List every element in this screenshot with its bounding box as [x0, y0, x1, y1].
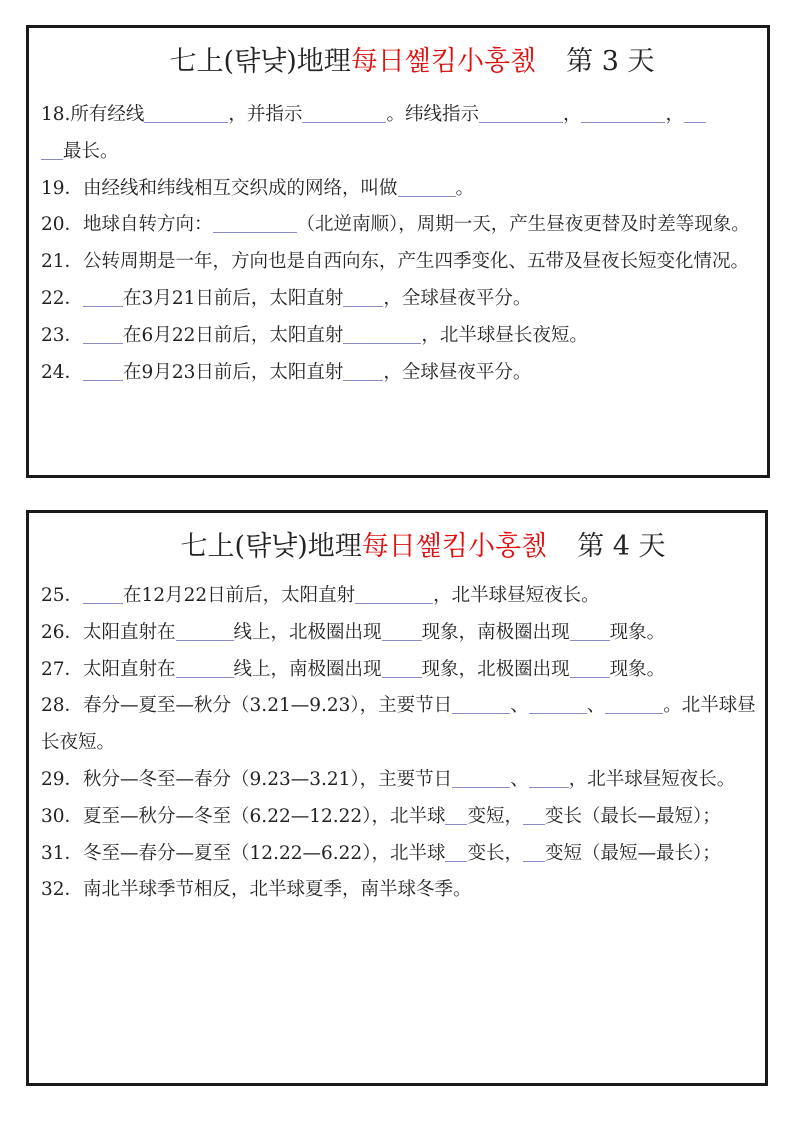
question-27: 27．太阳直射在线上，南极圈出现现象，北极圈出现现象。 [41, 652, 759, 689]
answer-blank[interactable] [398, 177, 456, 197]
q-text: 变长（最长—最短）； [545, 806, 721, 827]
answer-blank[interactable] [83, 324, 123, 344]
title-red-text: 每日쏉킴小홍쳀 [362, 531, 547, 562]
question-24: 24．在9月23日前后，太阳直射，全球昼夜平分。 [41, 355, 761, 392]
q-text: 线上，南极圈出现 [234, 659, 382, 680]
question-20: 20．地球自转方向：（北逆南顺），周期一天，产生昼夜更替及时差等现象。 [41, 207, 761, 244]
question-23: 23．在6月22日前后，太阳直射，北半球昼长夜短。 [41, 318, 761, 355]
q-text: ，全球昼夜平分。 [383, 362, 531, 383]
title-prefix: 七上( [170, 46, 235, 77]
answer-blank[interactable] [684, 104, 706, 124]
q-text: 28．春分—夏至—秋分（3.21—9.23），主要节日 [41, 695, 452, 716]
q-text: 在9月23日前后，太阳直射 [123, 362, 343, 383]
answer-blank[interactable] [570, 621, 610, 641]
question-26: 26．太阳直射在线上，北极圈出现现象，南极圈出现现象。 [41, 615, 759, 652]
answer-blank[interactable] [570, 658, 610, 678]
q-text: 线上，北极圈出现 [234, 622, 382, 643]
answer-blank[interactable] [41, 140, 63, 160]
q-text: 现象，南极圈出现 [422, 622, 570, 643]
answer-blank[interactable] [176, 658, 234, 678]
q-text: 19．由经线和纬线相互交织成的网络，叫做 [41, 178, 398, 199]
q-text: ， [563, 104, 582, 125]
title-subject: )地理 [297, 531, 362, 562]
q-text: 23． [41, 325, 83, 346]
title-red-text: 每日쏉킴小홍쳀 [351, 46, 536, 77]
q-text: 。 [456, 178, 475, 199]
answer-blank[interactable] [83, 361, 123, 381]
q-text: 最长。 [63, 141, 119, 162]
answer-blank[interactable] [479, 104, 563, 124]
q-text: ，并指示 [228, 104, 302, 125]
q-text: 变短， [467, 806, 523, 827]
q-text: 24． [41, 362, 83, 383]
answer-blank[interactable] [302, 104, 386, 124]
title-subject: )地理 [286, 46, 351, 77]
q-text: 变长， [467, 843, 523, 864]
title-prefix: 七上( [181, 531, 246, 562]
q-text: ，北半球昼短夜长。 [569, 769, 736, 790]
answer-blank[interactable] [529, 695, 587, 715]
answer-blank[interactable] [343, 361, 383, 381]
question-28: 28．春分—夏至—秋分（3.21—9.23），主要节日、、。北半球昼长夜短。 [41, 688, 759, 762]
q-text: 现象，北极圈出现 [422, 659, 570, 680]
worksheet-day-4: 七上(탺냦)地理每日쏉킴小홍쳀第 4 天 25．在12月22日前后，太阳直射，北… [26, 510, 768, 1086]
answer-blank[interactable] [144, 104, 228, 124]
question-32: 32．南北半球季节相反，北半球夏季，南半球冬季。 [41, 872, 759, 909]
question-29: 29．秋分—冬至—春分（9.23—3.21），主要节日、，北半球昼短夜长。 [41, 762, 759, 799]
answer-blank[interactable] [343, 324, 421, 344]
answer-blank[interactable] [355, 585, 433, 605]
worksheet-day-3: 七上(탺냦)地理每日쏉킴小홍쳀第 3 天 18.所有经线，并指示。纬线指示，，最… [26, 25, 770, 478]
title-garbled: 탺냦 [245, 531, 297, 562]
q-text: ，全球昼夜平分。 [383, 288, 531, 309]
q-text: ，北半球昼长夜短。 [421, 325, 588, 346]
q-text: 现象。 [610, 659, 666, 680]
q-text: 、 [587, 695, 606, 716]
answer-blank[interactable] [445, 842, 467, 862]
answer-blank[interactable] [605, 695, 663, 715]
q-text: （北逆南顺），周期一天，产生昼夜更替及时差等现象。 [297, 214, 750, 235]
title-day-number: 第 3 天 [566, 46, 654, 77]
q-text: ， [665, 104, 684, 125]
answer-blank[interactable] [452, 768, 510, 788]
question-25: 25．在12月22日前后，太阳直射，北半球昼短夜长。 [41, 578, 759, 615]
answer-blank[interactable] [581, 104, 665, 124]
q-text: 、 [510, 695, 529, 716]
q-text: 在6月22日前后，太阳直射 [123, 325, 343, 346]
answer-blank[interactable] [176, 621, 234, 641]
answer-blank[interactable] [382, 621, 422, 641]
q-text: 30．夏至—秋分—冬至（6.22—12.22），北半球 [41, 806, 445, 827]
answer-blank[interactable] [452, 695, 510, 715]
answer-blank[interactable] [523, 842, 545, 862]
q-text: 22． [41, 288, 83, 309]
q-text: 26．太阳直射在 [41, 622, 176, 643]
answer-blank[interactable] [83, 287, 123, 307]
q-text: 25． [41, 585, 83, 606]
question-22: 22．在3月21日前后，太阳直射，全球昼夜平分。 [41, 281, 761, 318]
question-21: 21．公转周期是一年，方向也是自西向东，产生四季变化、五带及昼夜长短变化情况。 [41, 244, 761, 281]
q-text: 、 [510, 769, 529, 790]
q-text: 变短（最短—最长）； [545, 843, 721, 864]
question-19: 19．由经线和纬线相互交织成的网络，叫做。 [41, 171, 761, 208]
q-text: 27．太阳直射在 [41, 659, 176, 680]
question-30: 30．夏至—秋分—冬至（6.22—12.22），北半球变短，变长（最长—最短）； [41, 799, 759, 836]
q-text: 32．南北半球季节相反，北半球夏季，南半球冬季。 [41, 879, 472, 900]
q-text: ，北半球昼短夜长。 [433, 585, 600, 606]
answer-blank[interactable] [83, 585, 123, 605]
answer-blank[interactable] [523, 805, 545, 825]
worksheet-title-day-3: 七上(탺냦)地理每日쏉킴小홍쳀第 3 天 [43, 42, 781, 82]
question-31: 31．冬至—春分—夏至（12.22—6.22），北半球变长，变短（最短—最长）； [41, 836, 759, 873]
worksheet-title-day-4: 七上(탺냦)地理每日쏉킴小홍쳀第 4 天 [55, 527, 791, 567]
answer-blank[interactable] [529, 768, 569, 788]
q-text: 在12月22日前后，太阳直射 [123, 585, 355, 606]
title-day-number: 第 4 天 [577, 531, 665, 562]
q-text: 现象。 [610, 622, 666, 643]
answer-blank[interactable] [445, 805, 467, 825]
q-text: 31．冬至—春分—夏至（12.22—6.22），北半球 [41, 843, 445, 864]
q-text: 。纬线指示 [386, 104, 479, 125]
q-text: 18.所有经线 [41, 104, 144, 125]
q-text: 20．地球自转方向： [41, 214, 213, 235]
question-list: 25．在12月22日前后，太阳直射，北半球昼短夜长。 26．太阳直射在线上，北极… [41, 578, 759, 909]
answer-blank[interactable] [343, 287, 383, 307]
answer-blank[interactable] [382, 658, 422, 678]
q-text: 21．公转周期是一年，方向也是自西向东，产生四季变化、五带及昼夜长短变化情况。 [41, 251, 749, 272]
q-text: 在3月21日前后，太阳直射 [123, 288, 343, 309]
answer-blank[interactable] [213, 214, 297, 234]
question-18: 18.所有经线，并指示。纬线指示，，最长。 [41, 97, 761, 171]
q-text: 29．秋分—冬至—春分（9.23—3.21），主要节日 [41, 769, 452, 790]
question-list: 18.所有经线，并指示。纬线指示，，最长。 19．由经线和纬线相互交织成的网络，… [41, 97, 761, 391]
title-garbled: 탺냦 [234, 46, 286, 77]
